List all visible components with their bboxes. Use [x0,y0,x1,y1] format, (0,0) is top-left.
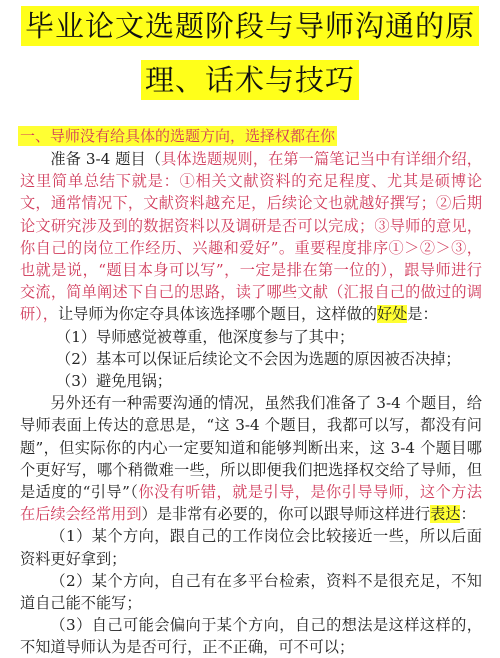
benefit-item: （1）导师感觉被尊重，他深度参与了其中； [20,326,482,348]
highlight-expression: 表达 [430,505,460,523]
page-title-line-2: 理、话术与技巧 [141,60,359,100]
red-note-topic-rules: 具体选题规则，在第一篇笔记当中有详细介绍，这里简单总结下就是：①相关文献资料的充… [20,150,482,323]
expression-item: （1）某个方向，跟自己的工作岗位会比较接近一些，所以后面资料更好拿到； [20,525,482,569]
paragraph-guidance: 另外还有一种需要沟通的情况，虽然我们准备了 3-4 个题目，给导师表面上传达的意… [20,392,482,525]
page-title-line-1: 毕业论文选题阶段与导师沟通的原 [21,6,479,46]
paragraph-tail: 让导师为你定夺具体该选择哪个题目，这样做的 [58,305,377,323]
expression-item: （3）自己可能会偏向于某个方向，自己的想法是这样这样的，不知道导师认为是否可行，… [20,614,482,658]
document-body: 准备 3-4 题目（具体选题规则，在第一篇笔记当中有详细介绍，这里简单总结下就是… [20,148,482,658]
expression-item: （2）某个方向，自己有在多平台检索，资料不是很充足，不知道自己能不能写； [20,570,482,614]
title-line-2-wrap: 理、话术与技巧 [0,60,500,100]
paragraph-tail: ）是非常有必要的，你可以跟导师这样进行 [142,505,431,523]
highlight-benefits: 好处 [377,305,407,323]
paragraph-tail-end: ： [460,505,475,523]
benefit-item: （2）基本可以保证后续论文不会因为选题的原因被否决掉； [20,348,482,370]
paragraph-lead: 准备 3-4 题目（ [50,150,161,168]
paragraph-tail-end: 是： [407,305,437,323]
paragraph-prepare-topics: 准备 3-4 题目（具体选题规则，在第一篇笔记当中有详细介绍，这里简单总结下就是… [20,148,482,326]
title-line-1-wrap: 毕业论文选题阶段与导师沟通的原 [0,6,500,46]
benefit-item: （3）避免甩锅； [20,370,482,392]
section-heading: 一、导师没有给具体的选题方向，选择权都在你 [18,126,337,146]
